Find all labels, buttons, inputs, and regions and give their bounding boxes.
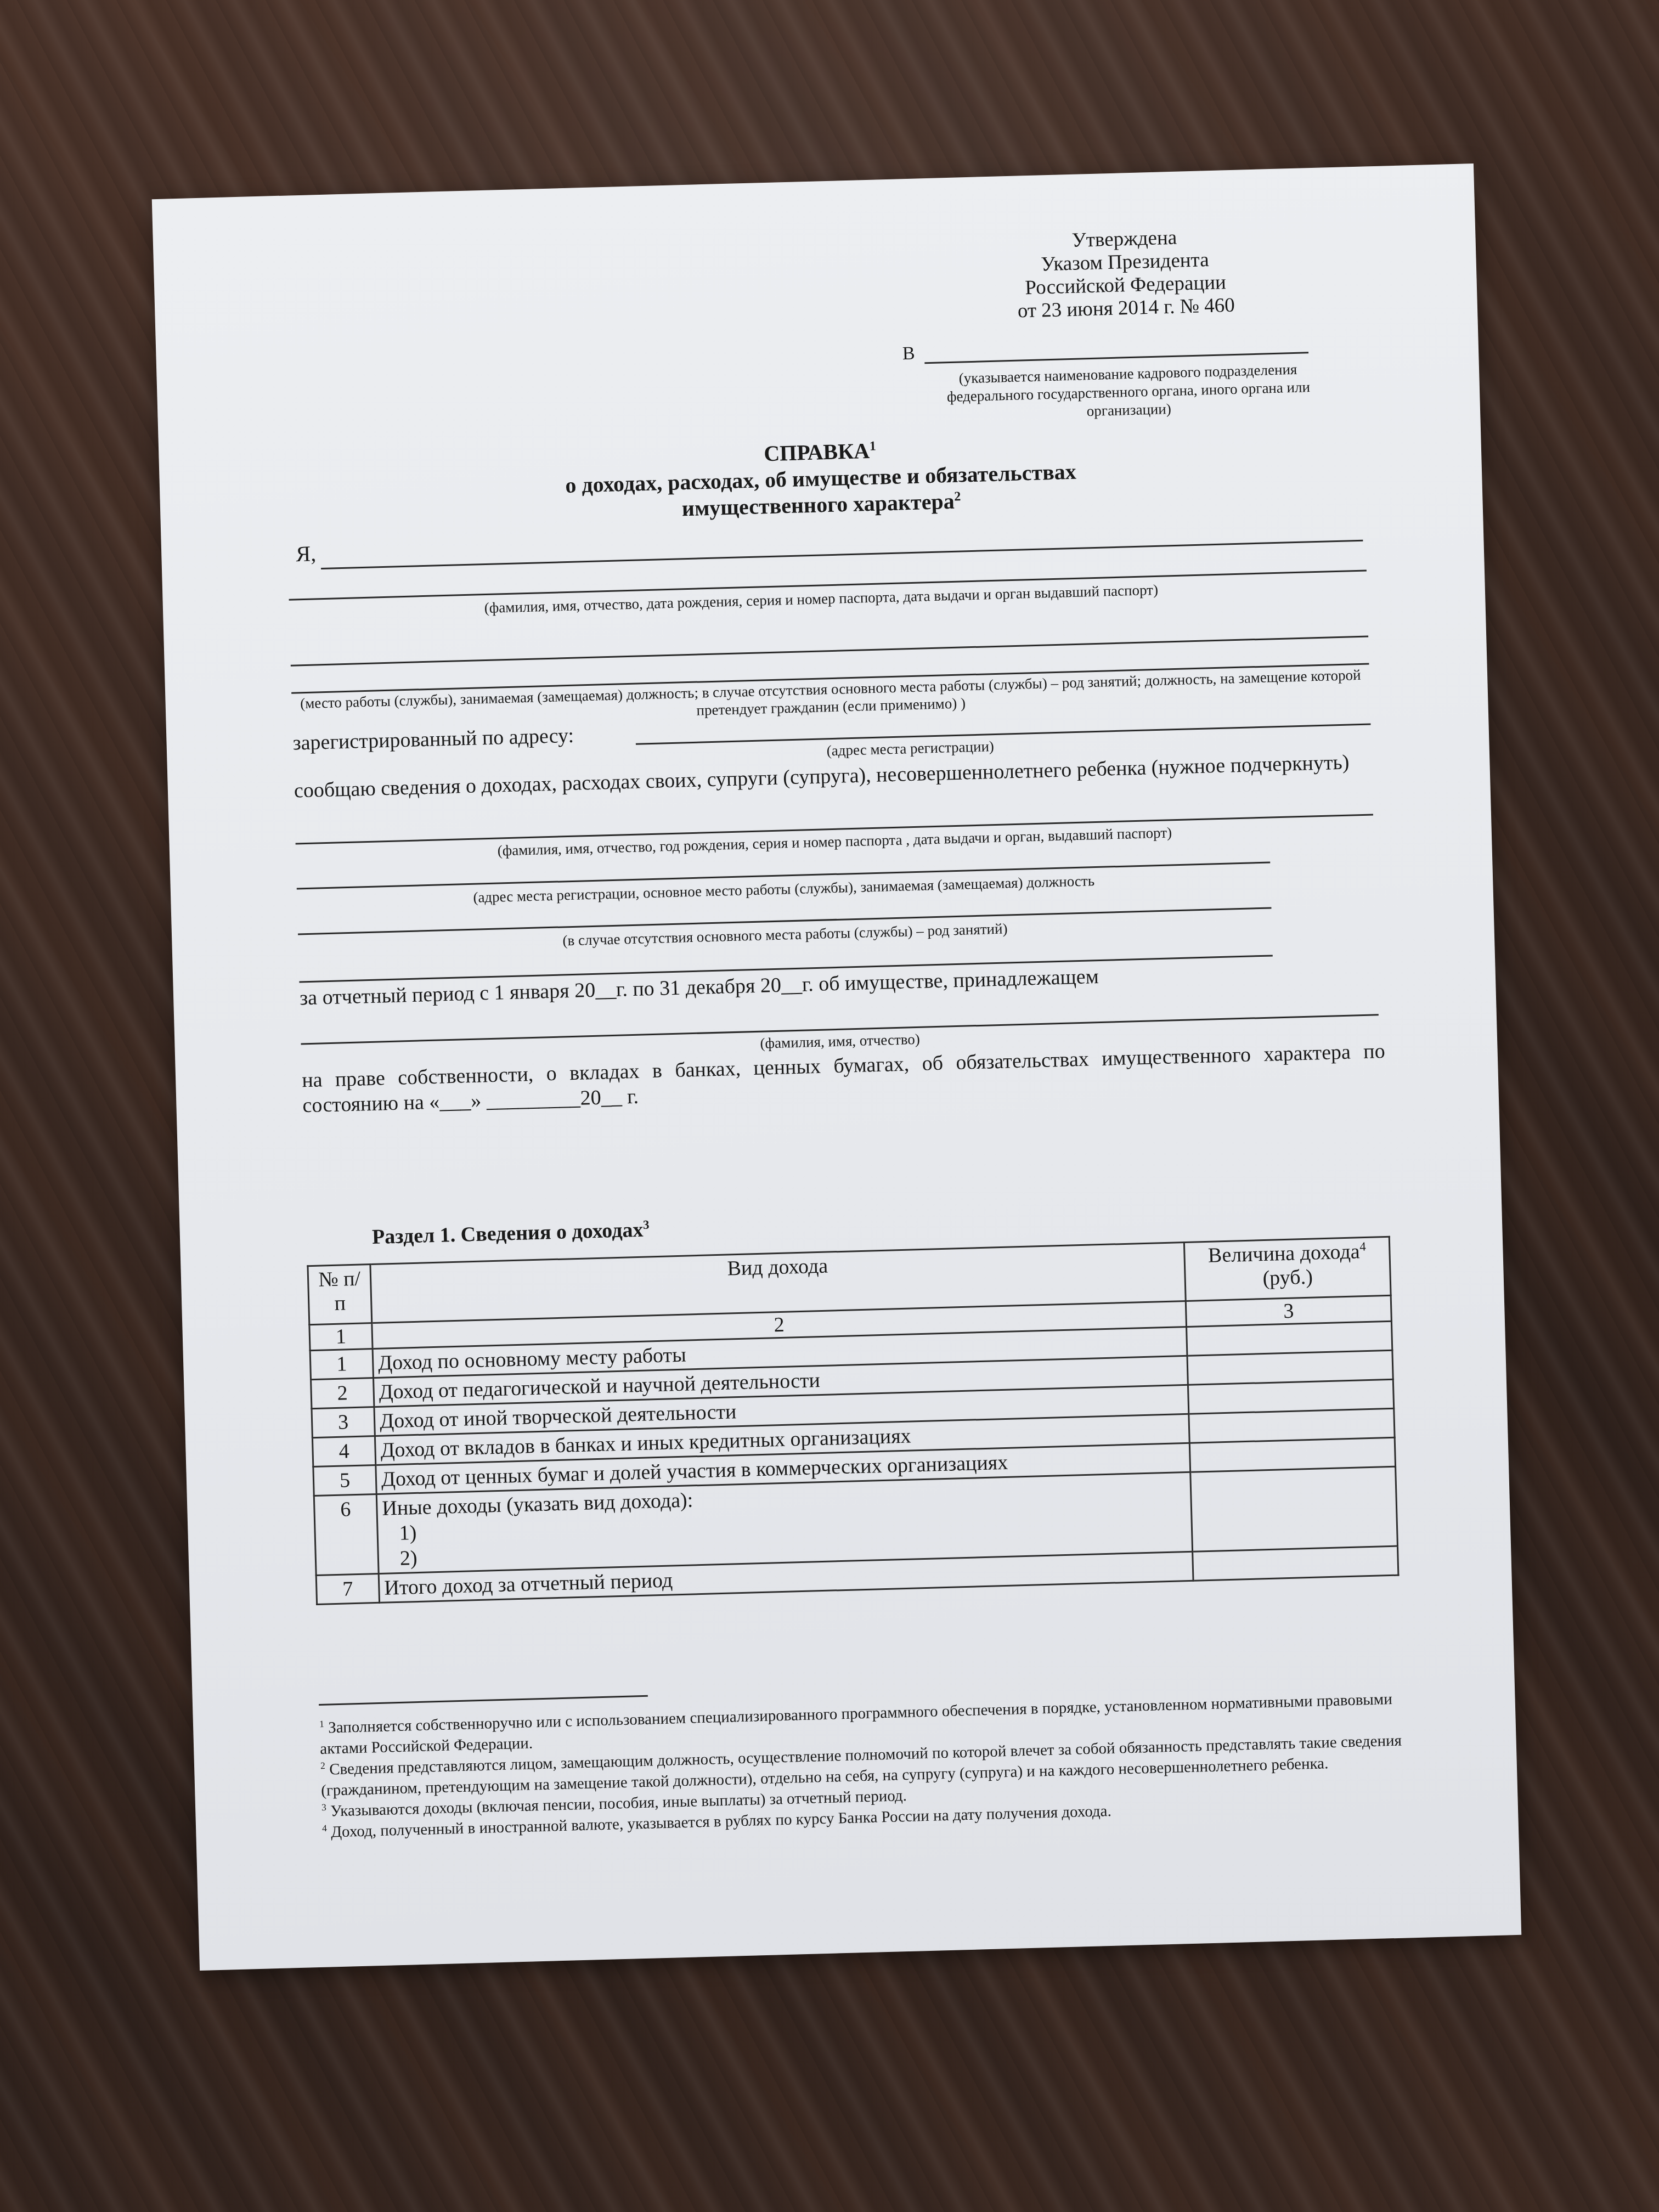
footnote-separator — [319, 1695, 648, 1706]
footnote-ref: 4 — [1359, 1239, 1366, 1253]
index-cell: 1 — [309, 1323, 373, 1351]
footnotes: 1 Заполняется собственноручно или с испо… — [319, 1688, 1419, 1843]
period-text: за отчетный период с 1 января 20__г. по … — [300, 956, 1384, 1011]
footnote-mark: 2 — [320, 1760, 325, 1771]
work-field-line-1[interactable] — [291, 635, 1368, 666]
header-num: № п/п — [308, 1265, 372, 1325]
row-num: 1 — [310, 1349, 373, 1380]
header-value-unit: (руб.) — [1262, 1266, 1313, 1290]
row-num: 6 — [314, 1494, 379, 1575]
recipient-prefix: В — [902, 343, 915, 365]
recipient-hint: (указывается наименование кадрового подр… — [919, 359, 1338, 425]
name-hint: (фамилия, имя, отчество, дата рождения, … — [328, 577, 1315, 621]
footnote-mark: 4 — [322, 1822, 327, 1833]
name-field-line-1[interactable] — [321, 540, 1363, 569]
section-1-title-text: Раздел 1. Сведения о доходах — [372, 1218, 644, 1249]
relative-address-hint: (адрес места регистрации, основное место… — [297, 867, 1271, 911]
footnote-ref: 3 — [643, 1218, 650, 1232]
income-declaration-form: Утверждена Указом Президента Российской … — [152, 163, 1521, 1971]
relative-name-hint: (фамилия, имя, отчество, год рождения, с… — [296, 818, 1374, 865]
work-hint: (место работы (службы), занимаемая (заме… — [291, 665, 1370, 730]
row-num: 2 — [311, 1378, 374, 1409]
document-title: СПРАВКА1 о доходах, расходах, об имущест… — [159, 421, 1482, 536]
income-value-cell[interactable] — [1190, 1466, 1398, 1551]
footnote-mark: 1 — [319, 1718, 324, 1729]
row-num: 7 — [316, 1573, 379, 1604]
income-table: № п/п Вид дохода Величина дохода4 (руб.)… — [307, 1236, 1399, 1605]
footnote-mark: 3 — [321, 1802, 326, 1813]
footnote-ref: 2 — [954, 489, 961, 504]
row-num: 5 — [313, 1465, 376, 1496]
section-1-title: Раздел 1. Сведения о доходах3 — [371, 1217, 650, 1249]
footnote-ref: 1 — [869, 439, 876, 453]
row-num: 3 — [312, 1407, 375, 1438]
total-value-cell[interactable] — [1193, 1546, 1398, 1581]
relative-occupation-hint: (в случае отсутствия основного места раб… — [298, 912, 1272, 956]
header-value-text: Величина дохода — [1207, 1240, 1360, 1267]
ya-label: Я, — [296, 540, 317, 567]
approval-block: Утверждена Указом Президента Российской … — [932, 223, 1318, 325]
header-value: Величина дохода4 (руб.) — [1184, 1237, 1391, 1301]
row-num: 4 — [312, 1436, 375, 1467]
title-main: СПРАВКА — [764, 438, 870, 466]
